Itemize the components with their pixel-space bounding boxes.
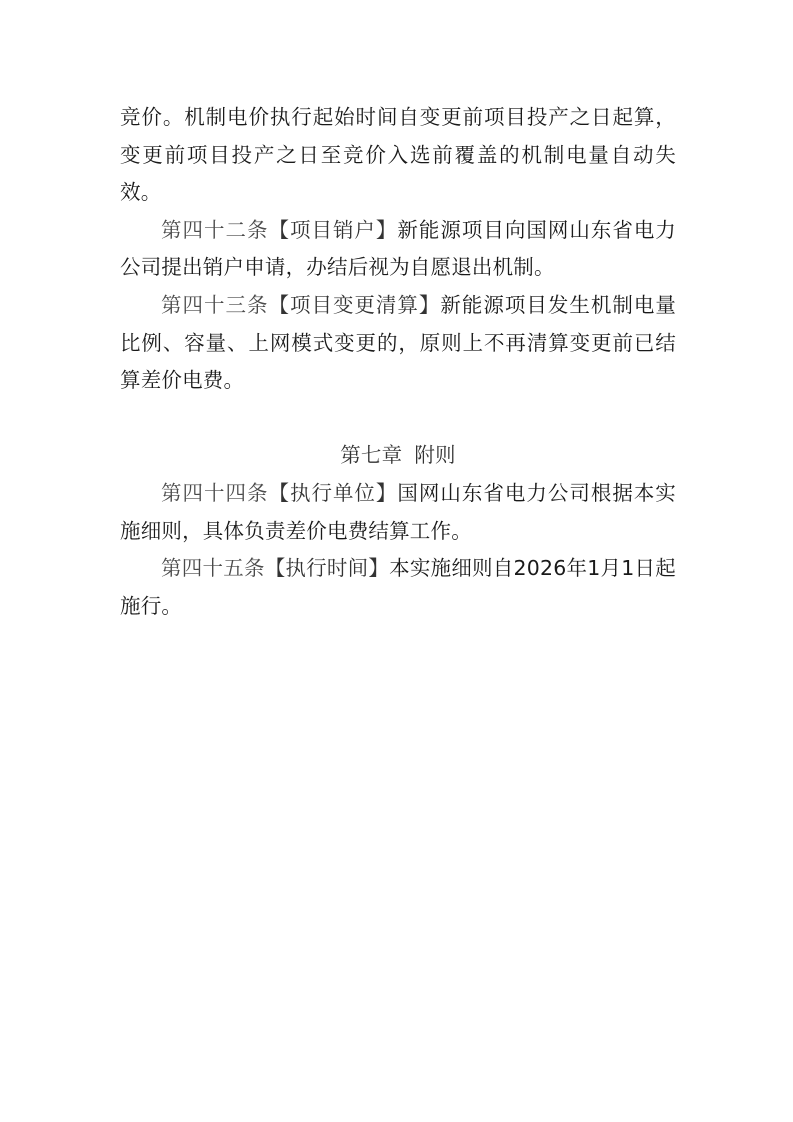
article-title: 【项目销户】 (268, 218, 397, 242)
article-42: 第四十二条【项目销户】新能源项目向国网山东省电力公司提出销户申请，办结后视为自愿… (120, 212, 676, 287)
article-45: 第四十五条【执行时间】本实施细则自2026年1月1日起施行。 (120, 550, 676, 625)
chapter-title: 附则 (414, 443, 455, 467)
paragraph-text: 竞价。机制电价执行起始时间自变更前项目投产之日起算，变更前项目投产之日至竞价入选… (120, 105, 676, 204)
article-title: 【执行单位】 (268, 481, 397, 505)
article-number: 第四十二条 (161, 218, 268, 242)
article-title: 【项目变更清算】 (268, 293, 440, 317)
article-number: 第四十三条 (161, 293, 268, 317)
article-44: 第四十四条【执行单位】国网山东省电力公司根据本实施细则，具体负责差价电费结算工作… (120, 475, 676, 550)
document-page: 竞价。机制电价执行起始时间自变更前项目投产之日起算，变更前项目投产之日至竞价入选… (120, 99, 676, 625)
chapter-heading: 第七章附则 (120, 437, 676, 475)
article-number: 第四十五条 (161, 556, 265, 580)
article-number: 第四十四条 (161, 481, 268, 505)
chapter-number: 第七章 (340, 443, 402, 467)
article-title: 【执行时间】 (265, 556, 389, 580)
article-43: 第四十三条【项目变更清算】新能源项目发生机制电量比例、容量、上网模式变更的，原则… (120, 287, 676, 400)
paragraph-continued: 竞价。机制电价执行起始时间自变更前项目投产之日起算，变更前项目投产之日至竞价入选… (120, 99, 676, 212)
